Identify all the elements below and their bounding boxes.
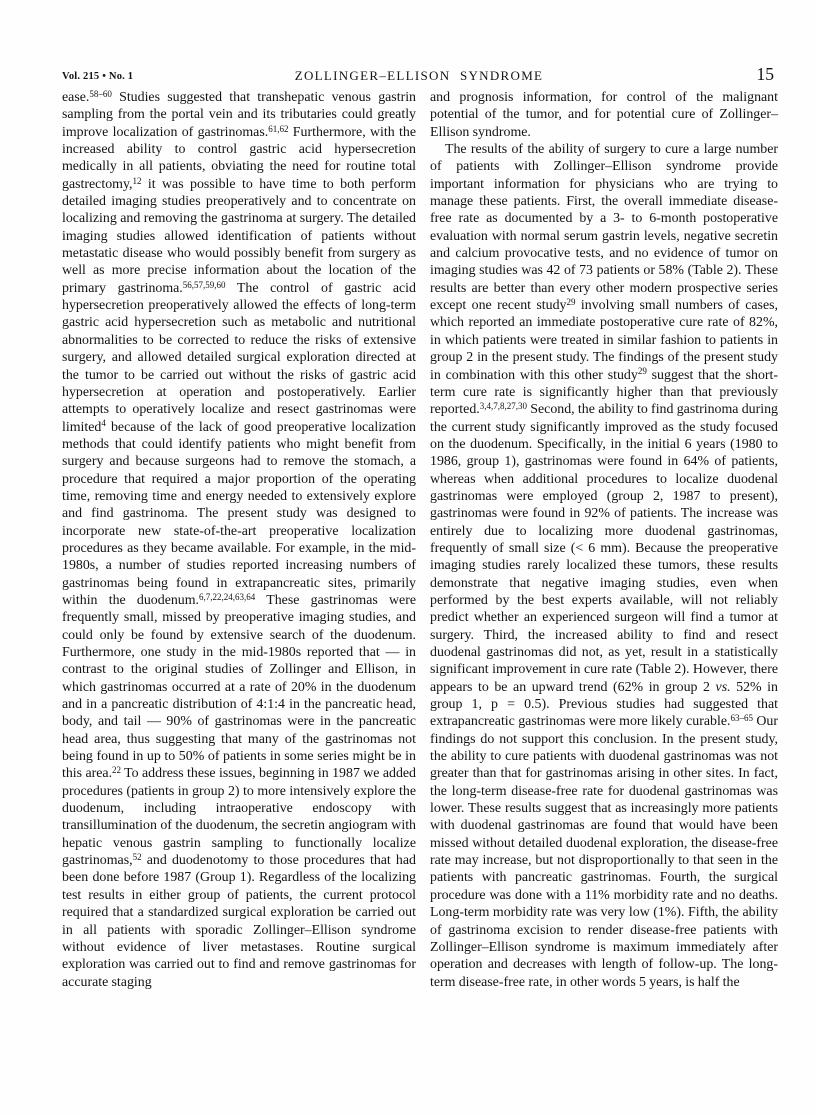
right-column: and prognosis information, for control o… (430, 89, 778, 991)
left-column: ease.58–60 Studies suggested that transh… (62, 89, 416, 991)
right-column-continuation-paragraph: and prognosis information, for control o… (430, 89, 778, 141)
citation-superscript: 22 (112, 765, 121, 775)
citation-superscript: 4 (101, 418, 106, 428)
citation-superscript: 56,57,59,60 (183, 280, 226, 290)
journal-page: Vol. 215 • No. 1 ZOLLINGER–ELLISON SYNDR… (0, 0, 816, 1116)
two-column-body: ease.58–60 Studies suggested that transh… (62, 89, 778, 991)
citation-superscript: 3,4,7,8,27,30 (480, 401, 527, 411)
running-title: ZOLLINGER–ELLISON SYNDROME (62, 68, 776, 84)
citation-superscript: 58–60 (89, 89, 112, 99)
citation-superscript: 63–65 (730, 713, 753, 723)
citation-superscript: 52 (133, 852, 142, 862)
citation-superscript: 29 (638, 366, 647, 376)
citation-superscript: 12 (132, 176, 141, 186)
surgery-results-paragraph: The results of the ability of surgery to… (430, 141, 778, 991)
page-number: 15 (757, 64, 775, 85)
page-header: Vol. 215 • No. 1 ZOLLINGER–ELLISON SYNDR… (62, 64, 776, 88)
left-column-continuation-paragraph: ease.58–60 Studies suggested that transh… (62, 89, 416, 991)
citation-superscript: 61,62 (268, 124, 288, 134)
italic-text: vs. (716, 680, 731, 695)
citation-superscript: 29 (567, 297, 576, 307)
citation-superscript: 6,7,22,24,63,64 (199, 592, 255, 602)
